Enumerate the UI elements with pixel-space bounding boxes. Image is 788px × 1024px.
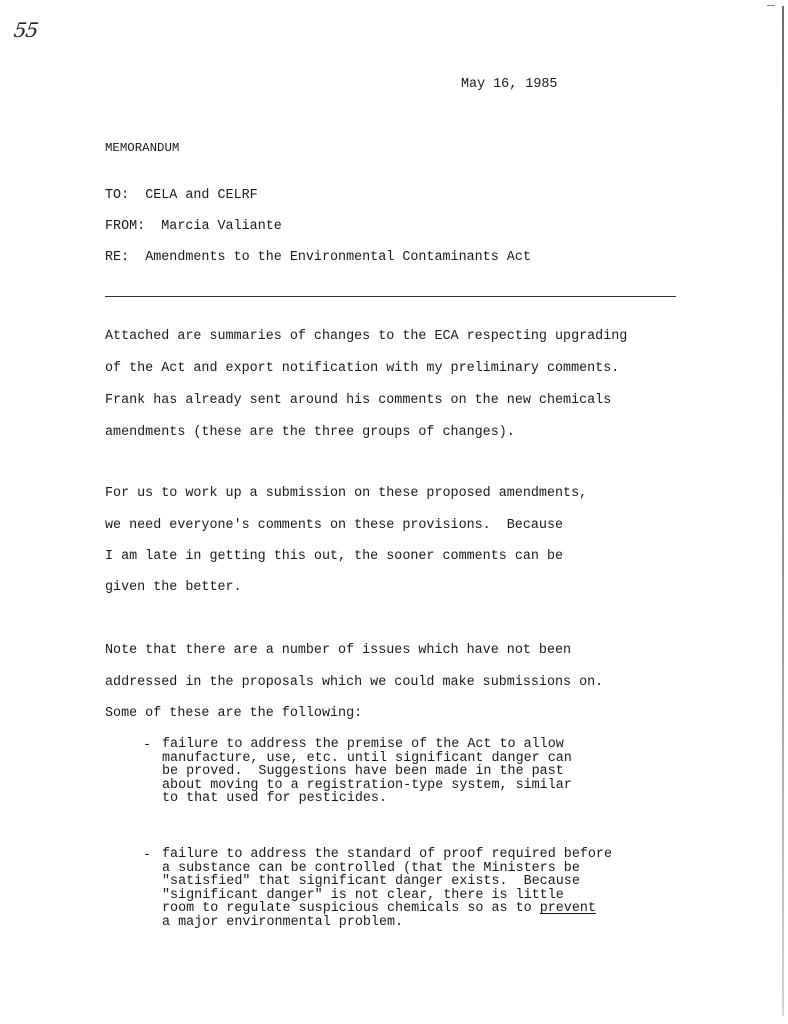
re-value: Amendments to the Environmental Contamin… xyxy=(145,250,531,265)
paragraph-line: we need everyone's comments on these pro… xyxy=(105,518,563,534)
to-value: CELA and CELRF xyxy=(145,188,258,203)
bullet-item-2: - failure to address the standard of pro… xyxy=(143,848,703,930)
bullet-line: failure to address the standard of proof… xyxy=(162,848,722,862)
bullet-line: "satisfied" that significant danger exis… xyxy=(162,875,722,889)
memo-title: MEMORANDUM xyxy=(105,140,179,156)
paragraph-line: amendments (these are the three groups o… xyxy=(105,425,515,441)
bullet-dash: - xyxy=(143,848,151,864)
bullet-line-with-underline: room to regulate suspicious chemicals so… xyxy=(162,902,722,916)
paragraph-line: Attached are summaries of changes to the… xyxy=(105,329,627,345)
paragraph-line: Some of these are the following: xyxy=(105,706,362,722)
bullet-line: a substance can be controlled (that the … xyxy=(162,862,722,876)
to-label: TO: xyxy=(105,188,129,203)
re-line: RE: Amendments to the Environmental Cont… xyxy=(105,250,531,266)
paragraph-line: Frank has already sent around his commen… xyxy=(105,393,611,409)
bullet-line: be proved. Suggestions have been made in… xyxy=(162,765,722,779)
bullet-dash: - xyxy=(143,738,151,754)
bullet-line: a major environmental problem. xyxy=(162,916,722,930)
scan-edge-tick xyxy=(767,5,775,6)
paragraph-line: Note that there are a number of issues w… xyxy=(105,643,571,659)
scan-edge-line xyxy=(782,6,784,1016)
re-label: RE: xyxy=(105,250,129,265)
paragraph-line: I am late in getting this out, the soone… xyxy=(105,549,563,565)
bullet-line: to that used for pesticides. xyxy=(162,792,722,806)
bullet-line: failure to address the premise of the Ac… xyxy=(162,738,722,752)
bullet-line: "significant danger" is not clear, there… xyxy=(162,889,722,903)
bullet-line: manufacture, use, etc. until significant… xyxy=(162,752,722,766)
paragraph-line: addressed in the proposals which we coul… xyxy=(105,675,603,691)
to-line: TO: CELA and CELRF xyxy=(105,188,258,204)
memo-date: May 16, 1985 xyxy=(461,77,557,93)
memo-page: 55 May 16, 1985 MEMORANDUM TO: CELA and … xyxy=(0,0,788,1024)
header-divider xyxy=(105,296,676,297)
underlined-word: prevent xyxy=(540,901,596,916)
from-line: FROM: Marcia Valiante xyxy=(105,219,282,235)
from-label: FROM: xyxy=(105,219,145,234)
paragraph-line: given the better. xyxy=(105,580,242,596)
bullet-item-1: - failure to address the premise of the … xyxy=(143,738,703,806)
paragraph-line: of the Act and export notification with … xyxy=(105,361,619,377)
paragraph-line: For us to work up a submission on these … xyxy=(105,486,587,502)
bullet-line: about moving to a registration-type syst… xyxy=(162,779,722,793)
from-value: Marcia Valiante xyxy=(161,219,282,234)
handwritten-page-number: 55 xyxy=(12,18,39,42)
